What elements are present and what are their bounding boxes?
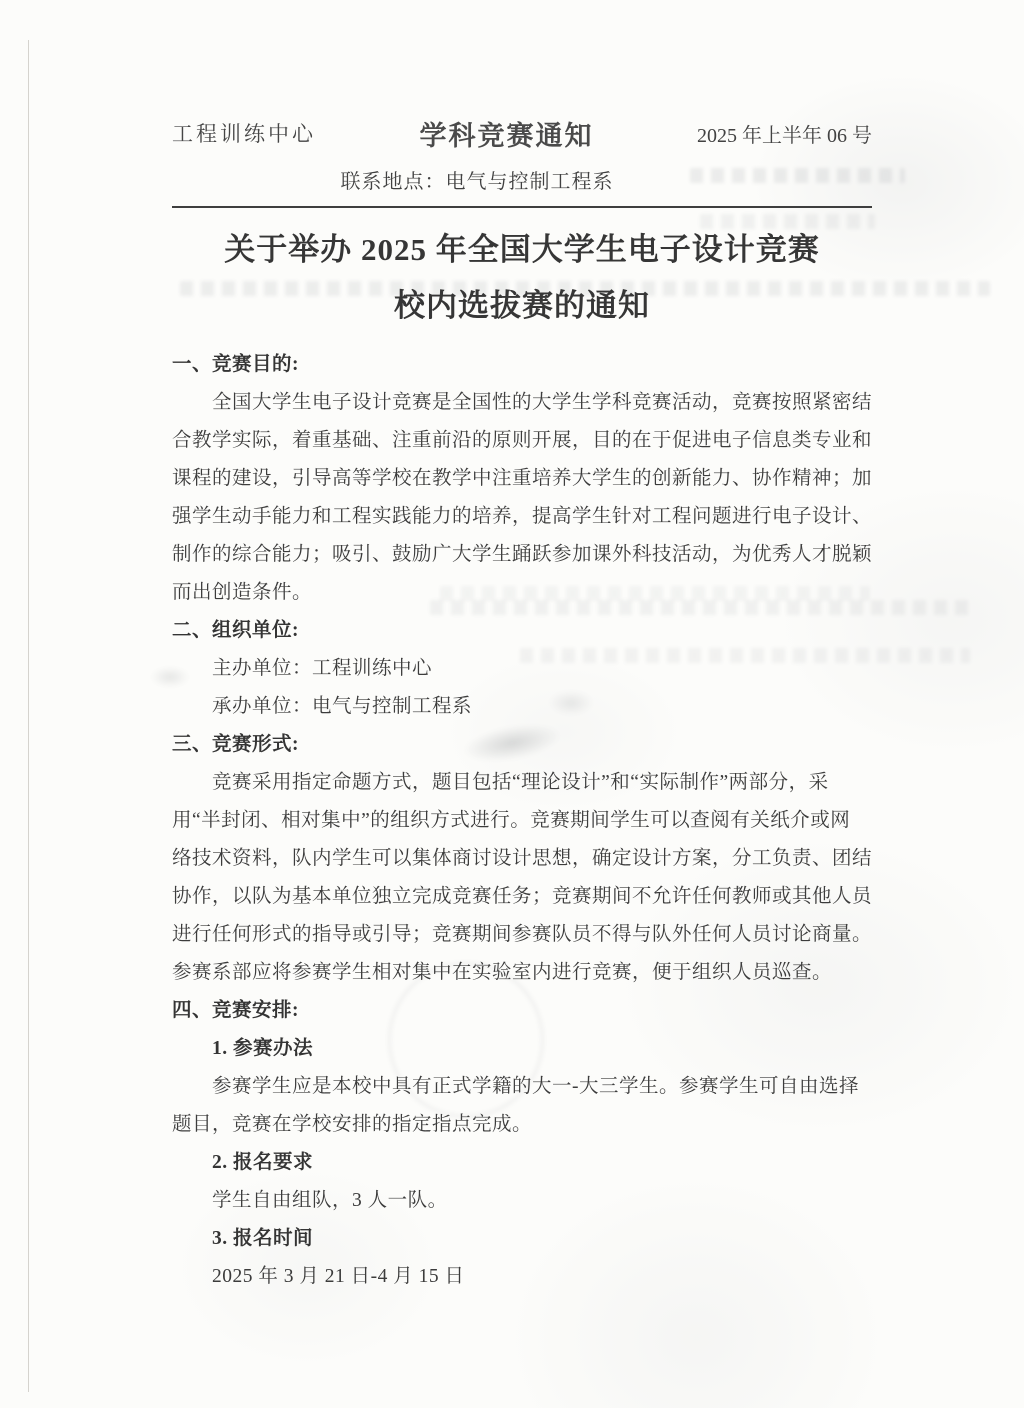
- body-line: 用“半封闭、相对集中”的组织方式进行。竞赛期间学生可以查阅有关纸介或网: [172, 802, 872, 840]
- body-line: 课程的建设，引导高等学校在教学中注重培养大学生的创新能力、协作精神；加: [172, 460, 872, 498]
- section-heading: 二、组织单位:: [172, 612, 872, 650]
- header-divider-rule: [172, 206, 872, 208]
- body-line: 学生自由组队，3 人一队。: [172, 1182, 872, 1220]
- document-header: 工程训练中心 学科竞赛通知 2025 年上半年 06 号: [172, 112, 872, 154]
- section-heading: 一、竞赛目的:: [172, 346, 872, 384]
- section-heading: 四、竞赛安排:: [172, 992, 872, 1030]
- paper-edge-line: [28, 40, 29, 1392]
- notice-title-line1: 关于举办 2025 年全国大学生电子设计竞赛: [172, 222, 872, 278]
- body-line: 题目，竞赛在学校安排的指定指点完成。: [172, 1106, 872, 1144]
- body-line: 主办单位：工程训练中心: [172, 650, 872, 688]
- body-line: 络技术资料，队内学生可以集体商讨设计思想，确定设计方案，分工负责、团结: [172, 840, 872, 878]
- body-line: 全国大学生电子设计竞赛是全国性的大学生学科竞赛活动，竞赛按照紧密结: [172, 384, 872, 422]
- header-issue-number: 2025 年上半年 06 号: [697, 119, 872, 148]
- sub-heading: 1. 参赛办法: [172, 1030, 872, 1068]
- body-line: 参赛系部应将参赛学生相对集中在实验室内进行竞赛，便于组织人员巡查。: [172, 954, 872, 992]
- body-line: 而出创造条件。: [172, 574, 872, 612]
- header-department: 工程训练中心: [172, 118, 316, 148]
- body-line: 进行任何形式的指导或引导；竞赛期间参赛队员不得与队外任何人员讨论商量。: [172, 916, 872, 954]
- notice-body: 一、竞赛目的: 全国大学生电子设计竞赛是全国性的大学生学科竞赛活动，竞赛按照紧密…: [172, 346, 872, 1296]
- body-line: 制作的综合能力；吸引、鼓励广大学生踊跃参加课外科技活动，为优秀人才脱颖: [172, 536, 872, 574]
- sub-heading: 3. 报名时间: [172, 1220, 872, 1258]
- header-doc-type: 学科竞赛通知: [420, 114, 594, 153]
- notice-document: 工程训练中心 学科竞赛通知 2025 年上半年 06 号 联系地点：电气与控制工…: [172, 112, 872, 1296]
- notice-title: 关于举办 2025 年全国大学生电子设计竞赛 校内选拔赛的通知: [172, 222, 872, 334]
- body-line: 竞赛采用指定命题方式，题目包括“理论设计”和“实际制作”两部分，采: [172, 764, 872, 802]
- body-line: 协作，以队为基本单位独立完成竞赛任务；竞赛期间不允许任何教师或其他人员: [172, 878, 872, 916]
- section-heading: 三、竞赛形式:: [172, 726, 872, 764]
- body-line: 参赛学生应是本校中具有正式学籍的大一-大三学生。参赛学生可自由选择: [172, 1068, 872, 1106]
- scanned-notice-page: 工程训练中心 学科竞赛通知 2025 年上半年 06 号 联系地点：电气与控制工…: [0, 0, 1024, 1408]
- body-line: 合教学实际，着重基础、注重前沿的原则开展，目的在于促进电子信息类专业和: [172, 422, 872, 460]
- body-line: 强学生动手能力和工程实践能力的培养，提高学生针对工程问题进行电子设计、: [172, 498, 872, 536]
- notice-title-line2: 校内选拔赛的通知: [172, 278, 872, 334]
- body-line: 承办单位：电气与控制工程系: [172, 688, 872, 726]
- contact-location-line: 联系地点：电气与控制工程系: [127, 170, 827, 194]
- sub-heading: 2. 报名要求: [172, 1144, 872, 1182]
- body-line: 2025 年 3 月 21 日-4 月 15 日: [172, 1258, 872, 1296]
